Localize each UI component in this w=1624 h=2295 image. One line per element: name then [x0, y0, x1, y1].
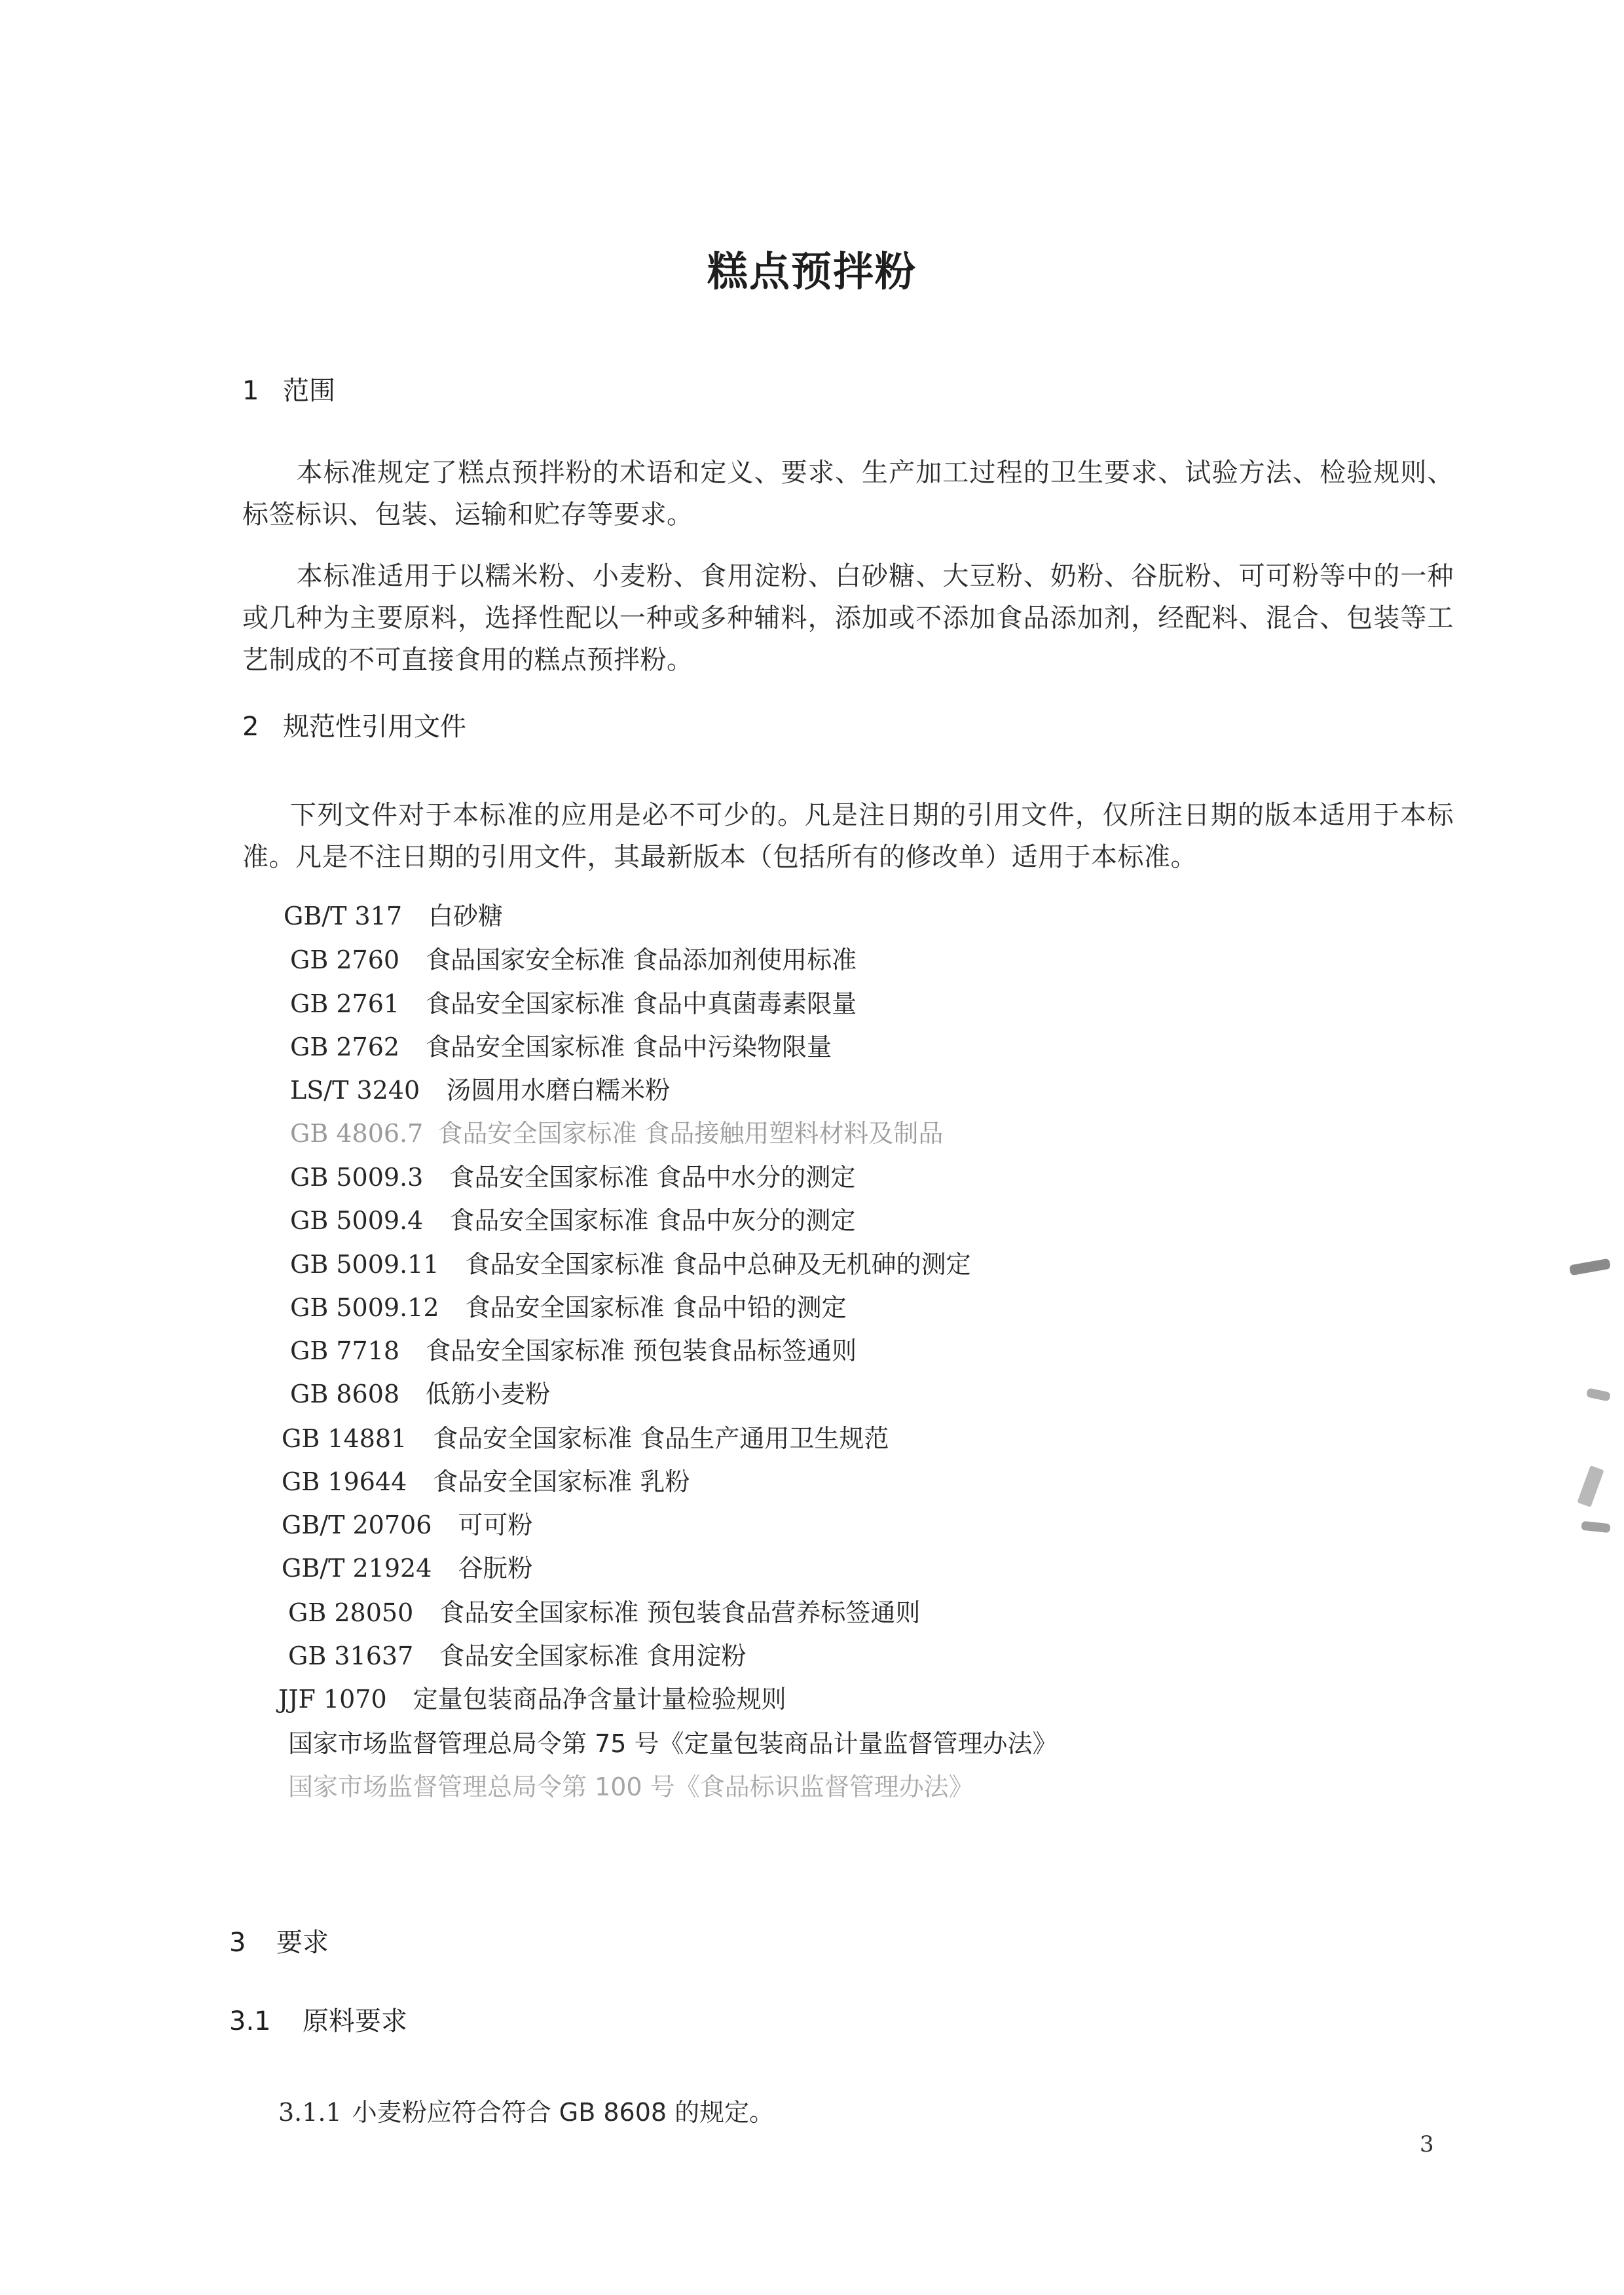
document-title: 糕点预拌粉	[0, 239, 1624, 297]
reference-item: LS/T 3240汤圆用水磨白糯米粉	[290, 1070, 670, 1106]
scan-mark	[1586, 1387, 1611, 1401]
section-number: 1	[242, 376, 283, 406]
section-title: 要求	[276, 1928, 329, 1958]
reference-item: 国家市场监督管理总局令第 100 号《食品标识监督管理办法》	[288, 1767, 974, 1803]
reference-item: 国家市场监督管理总局令第 75 号《定量包装商品计量监督管理办法》	[288, 1723, 1058, 1759]
page-number: 3	[1420, 2131, 1434, 2157]
reference-item: GB 14881食品安全国家标准 食品生产通用卫生规范	[282, 1418, 889, 1454]
scope-paragraph-2: 本标准适用于以糯米粉、小麦粉、食用淀粉、白砂糖、大豆粉、奶粉、谷朊粉、可可粉等中…	[242, 555, 1454, 681]
reference-item: GB 31637食品安全国家标准 食用淀粉	[288, 1636, 746, 1672]
section-3-heading: 3要求	[229, 1922, 329, 1959]
scan-mark	[1577, 1465, 1604, 1507]
reference-item: GB 5009.11食品安全国家标准 食品中总砷及无机砷的测定	[290, 1244, 971, 1280]
reference-item: GB 5009.3食品安全国家标准 食品中水分的测定	[290, 1157, 855, 1193]
subsection-number: 3.1	[229, 2006, 303, 2036]
reference-item: JJF 1070定量包装商品净含量计量检验规则	[278, 1679, 786, 1715]
reference-item: GB 2760食品国家安全标准 食品添加剂使用标准	[290, 940, 857, 976]
clause-3-1-1: 3.1.1小麦粉应符合符合 GB 8608 的规定。	[278, 2092, 774, 2128]
reference-item: GB/T 21924谷朊粉	[282, 1548, 532, 1584]
reference-item: GB 2762食品安全国家标准 食品中污染物限量	[290, 1027, 832, 1063]
section-title: 范围	[283, 376, 335, 406]
references-intro: 下列文件对于本标准的应用是必不可少的。凡是注日期的引用文件，仅所注日期的版本适用…	[242, 794, 1454, 878]
section-number: 2	[242, 712, 283, 742]
section-1-heading: 1范围	[242, 370, 335, 407]
subsection-title: 原料要求	[303, 2006, 407, 2036]
reference-item: GB/T 20706可可粉	[282, 1505, 532, 1541]
reference-item: GB 7718食品安全国家标准 预包装食品标签通则	[290, 1331, 857, 1367]
subsection-3-1-heading: 3.1原料要求	[229, 2000, 407, 2038]
scan-mark	[1569, 1258, 1611, 1276]
section-2-heading: 2规范性引用文件	[242, 706, 466, 743]
scan-mark	[1581, 1521, 1610, 1533]
reference-item: GB 5009.4食品安全国家标准 食品中灰分的测定	[290, 1200, 855, 1236]
reference-item: GB 4806.7食品安全国家标准 食品接触用塑料材料及制品	[290, 1113, 943, 1149]
reference-item: GB 2761食品安全国家标准 食品中真菌毒素限量	[290, 983, 857, 1019]
reference-item: GB 28050食品安全国家标准 预包装食品营养标签通则	[288, 1592, 920, 1628]
scope-paragraph-1: 本标准规定了糕点预拌粉的术语和定义、要求、生产加工过程的卫生要求、试验方法、检验…	[242, 452, 1454, 536]
section-title: 规范性引用文件	[283, 712, 466, 742]
reference-item: GB 8608低筋小麦粉	[290, 1374, 550, 1410]
reference-item: GB/T 317白砂糖	[284, 896, 503, 932]
reference-item: GB 5009.12食品安全国家标准 食品中铅的测定	[290, 1287, 847, 1323]
section-number: 3	[229, 1928, 276, 1958]
reference-item: GB 19644食品安全国家标准 乳粉	[282, 1461, 690, 1497]
